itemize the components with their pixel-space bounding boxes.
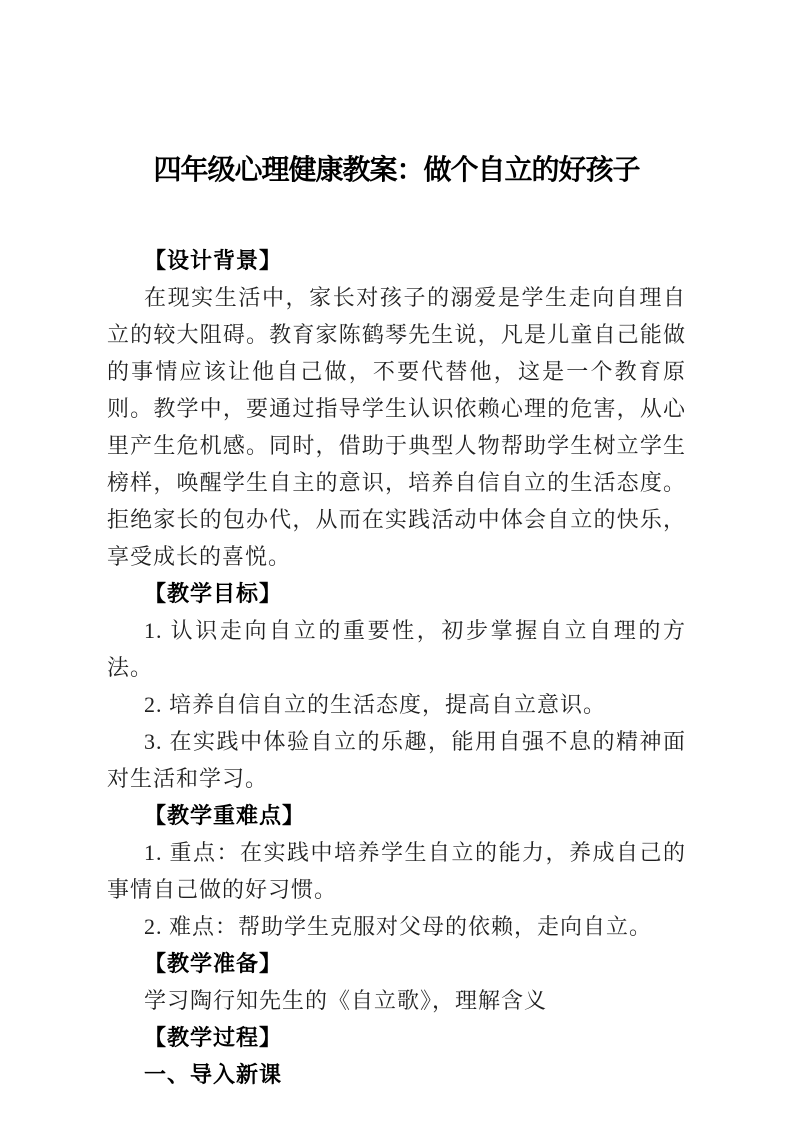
document-body: 四年级心理健康教案：做个自立的好孩子 【设计背景】 在现实生活中，家长对孩子的溺… bbox=[107, 148, 686, 1093]
section-heading-teaching-process: 【教学过程】 bbox=[107, 1019, 686, 1056]
goal-item-2: 2. 培养自信自立的生活态度，提高自立意识。 bbox=[107, 686, 686, 723]
subheading-lesson-introduction: 一、导入新课 bbox=[107, 1056, 686, 1093]
difficult-point-item: 2. 难点：帮助学生克服对父母的依赖，走向自立。 bbox=[107, 908, 686, 945]
section-heading-teaching-preparation: 【教学准备】 bbox=[107, 945, 686, 982]
document-page: 四年级心理健康教案：做个自立的好孩子 【设计背景】 在现实生活中，家长对孩子的溺… bbox=[0, 0, 793, 1122]
doc-title: 四年级心理健康教案：做个自立的好孩子 bbox=[107, 148, 686, 192]
goal-item-1: 1. 认识走向自立的重要性，初步掌握自立自理的方法。 bbox=[107, 612, 686, 686]
section-heading-key-difficulties: 【教学重难点】 bbox=[107, 797, 686, 834]
section-heading-teaching-goals: 【教学目标】 bbox=[107, 575, 686, 612]
goal-item-3: 3. 在实践中体验自立的乐趣，能用自强不息的精神面对生活和学习。 bbox=[107, 723, 686, 797]
key-point-item: 1. 重点：在实践中培养学生自立的能力，养成自己的事情自己做的好习惯。 bbox=[107, 834, 686, 908]
section-heading-design-background: 【设计背景】 bbox=[107, 242, 686, 279]
paragraph-design-background: 在现实生活中，家长对孩子的溺爱是学生走向自理自立的较大阻碍。教育家陈鹤琴先生说，… bbox=[107, 279, 686, 575]
paragraph-teaching-preparation: 学习陶行知先生的《自立歌》，理解含义 bbox=[107, 982, 686, 1019]
